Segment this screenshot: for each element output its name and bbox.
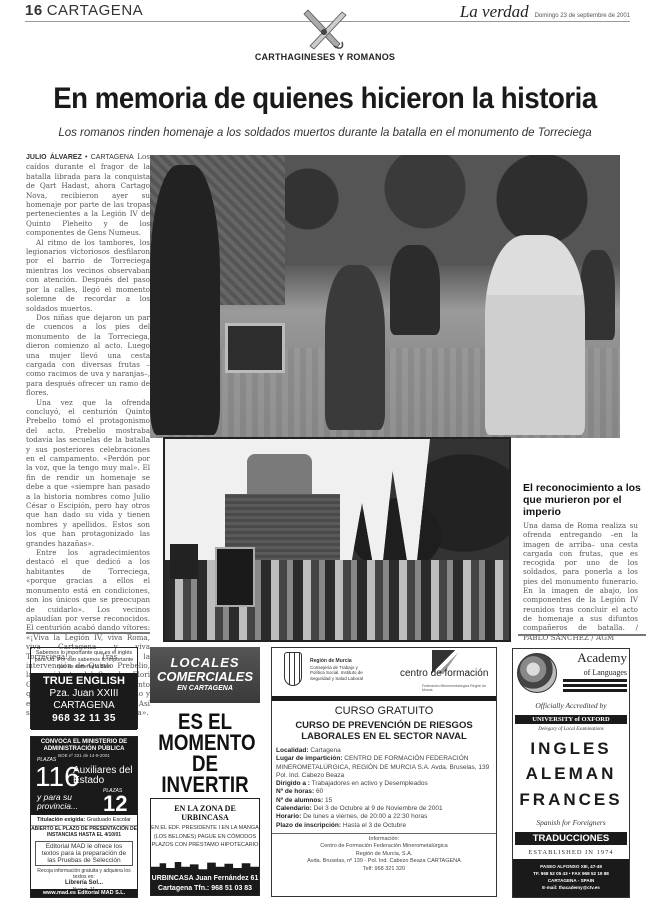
monument-plaque xyxy=(225,323,285,373)
ad-slogan: ES EL MOMENTO DE INVERTIR xyxy=(158,703,252,798)
masthead-logo: La verdad xyxy=(460,2,529,22)
loudspeaker xyxy=(170,544,198,579)
issue-date: Domingo 23 de septiembre de 2001 xyxy=(535,13,630,19)
ad-footer: PASEO ALFONSO XIII, 47-49 TF. 968 52 05 … xyxy=(513,859,629,897)
photo-group xyxy=(163,437,511,642)
ad-name: TRUE ENGLISH xyxy=(31,675,137,688)
page-section-header: 16CARTAGENA xyxy=(25,2,143,19)
section-banner: CARTHAGINESES Y ROMANOS xyxy=(0,52,650,62)
paragraph: Al ritmo de los tambores, los legionario… xyxy=(26,238,150,313)
caption-divider xyxy=(518,634,646,636)
course-contact: Información: Centro de Formación Federac… xyxy=(272,833,496,873)
ad-heading: CONVOCA EL MINISTERIO DE ADMINISTRACIÓN … xyxy=(33,739,135,753)
course-details: Localidad: Cartagena Lugar de impartició… xyxy=(272,747,496,830)
ad-city: CARTAGENA xyxy=(31,700,137,712)
ad-phone: 968 32 11 35 xyxy=(31,712,137,725)
plazo: ABIERTO EL PLAZO DE PRESENTACIÓN DE INST… xyxy=(31,826,137,839)
plazas-province: 12 xyxy=(103,793,127,815)
headline: En memoria de quienes hicieron la histor… xyxy=(26,82,624,116)
globe-icon xyxy=(517,653,557,693)
legion-banner xyxy=(215,547,255,607)
ad-true-english: Sabemos lo importante que es el inglés p… xyxy=(30,647,138,729)
photo-offering xyxy=(150,155,620,438)
region-crest-icon xyxy=(284,652,302,686)
ad-tagline: Sabemos lo importante que es el inglés p… xyxy=(31,648,137,673)
paragraph: Una vez que la ofrenda concluyó, el cent… xyxy=(26,398,150,549)
crossed-swords-icon xyxy=(300,6,350,52)
ad-urbincasa: LOCALES COMERCIALES EN CARTAGENA ES EL M… xyxy=(150,647,260,897)
province-text: y para su provincia... xyxy=(37,793,97,811)
caption-body: Una dama de Roma realiza su ofrenda entr… xyxy=(523,521,638,642)
ad-footer: www.mad.es Editorial MAD S.L. xyxy=(31,889,137,897)
offer-box: Editorial MAD le ofrece los textos para … xyxy=(35,841,133,866)
ad-address: Pza. Juan XXIII xyxy=(31,688,137,700)
paragraph: JULIO ÁLVAREZ • CARTAGENA Los caídos dur… xyxy=(26,152,150,238)
course-title: CURSO DE PREVENCIÓN DE RIESGOS LABORALES… xyxy=(272,717,496,747)
subheadline: Los romanos rinden homenaje a los soldad… xyxy=(0,127,650,139)
byline: JULIO ÁLVAREZ • CARTAGENA xyxy=(26,154,134,161)
section-name: CARTAGENA xyxy=(47,2,143,19)
page-number: 16 xyxy=(25,2,43,19)
caption-title: El reconocimiento a los que murieron por… xyxy=(523,482,643,518)
ad-curso-prevencion: Región de MurciaConsejería de Trabajo y … xyxy=(271,647,497,897)
ad-academy-languages: Academyof Languages Officially Accredite… xyxy=(512,648,630,898)
titulacion: Titulación exigida: Graduado Escolar xyxy=(31,815,137,826)
masthead-block: La verdad Domingo 23 de septiembre de 20… xyxy=(460,2,630,22)
roman-lady-figure xyxy=(485,235,585,435)
paragraph: Dos niñas que dejaron un par de cuencos … xyxy=(26,313,150,398)
column-divider xyxy=(26,632,150,634)
ad-editorial-mad: CONVOCA EL MINISTERIO DE ADMINISTRACIÓN … xyxy=(30,736,138,898)
position-name: Auxiliares del Estado xyxy=(73,766,137,786)
